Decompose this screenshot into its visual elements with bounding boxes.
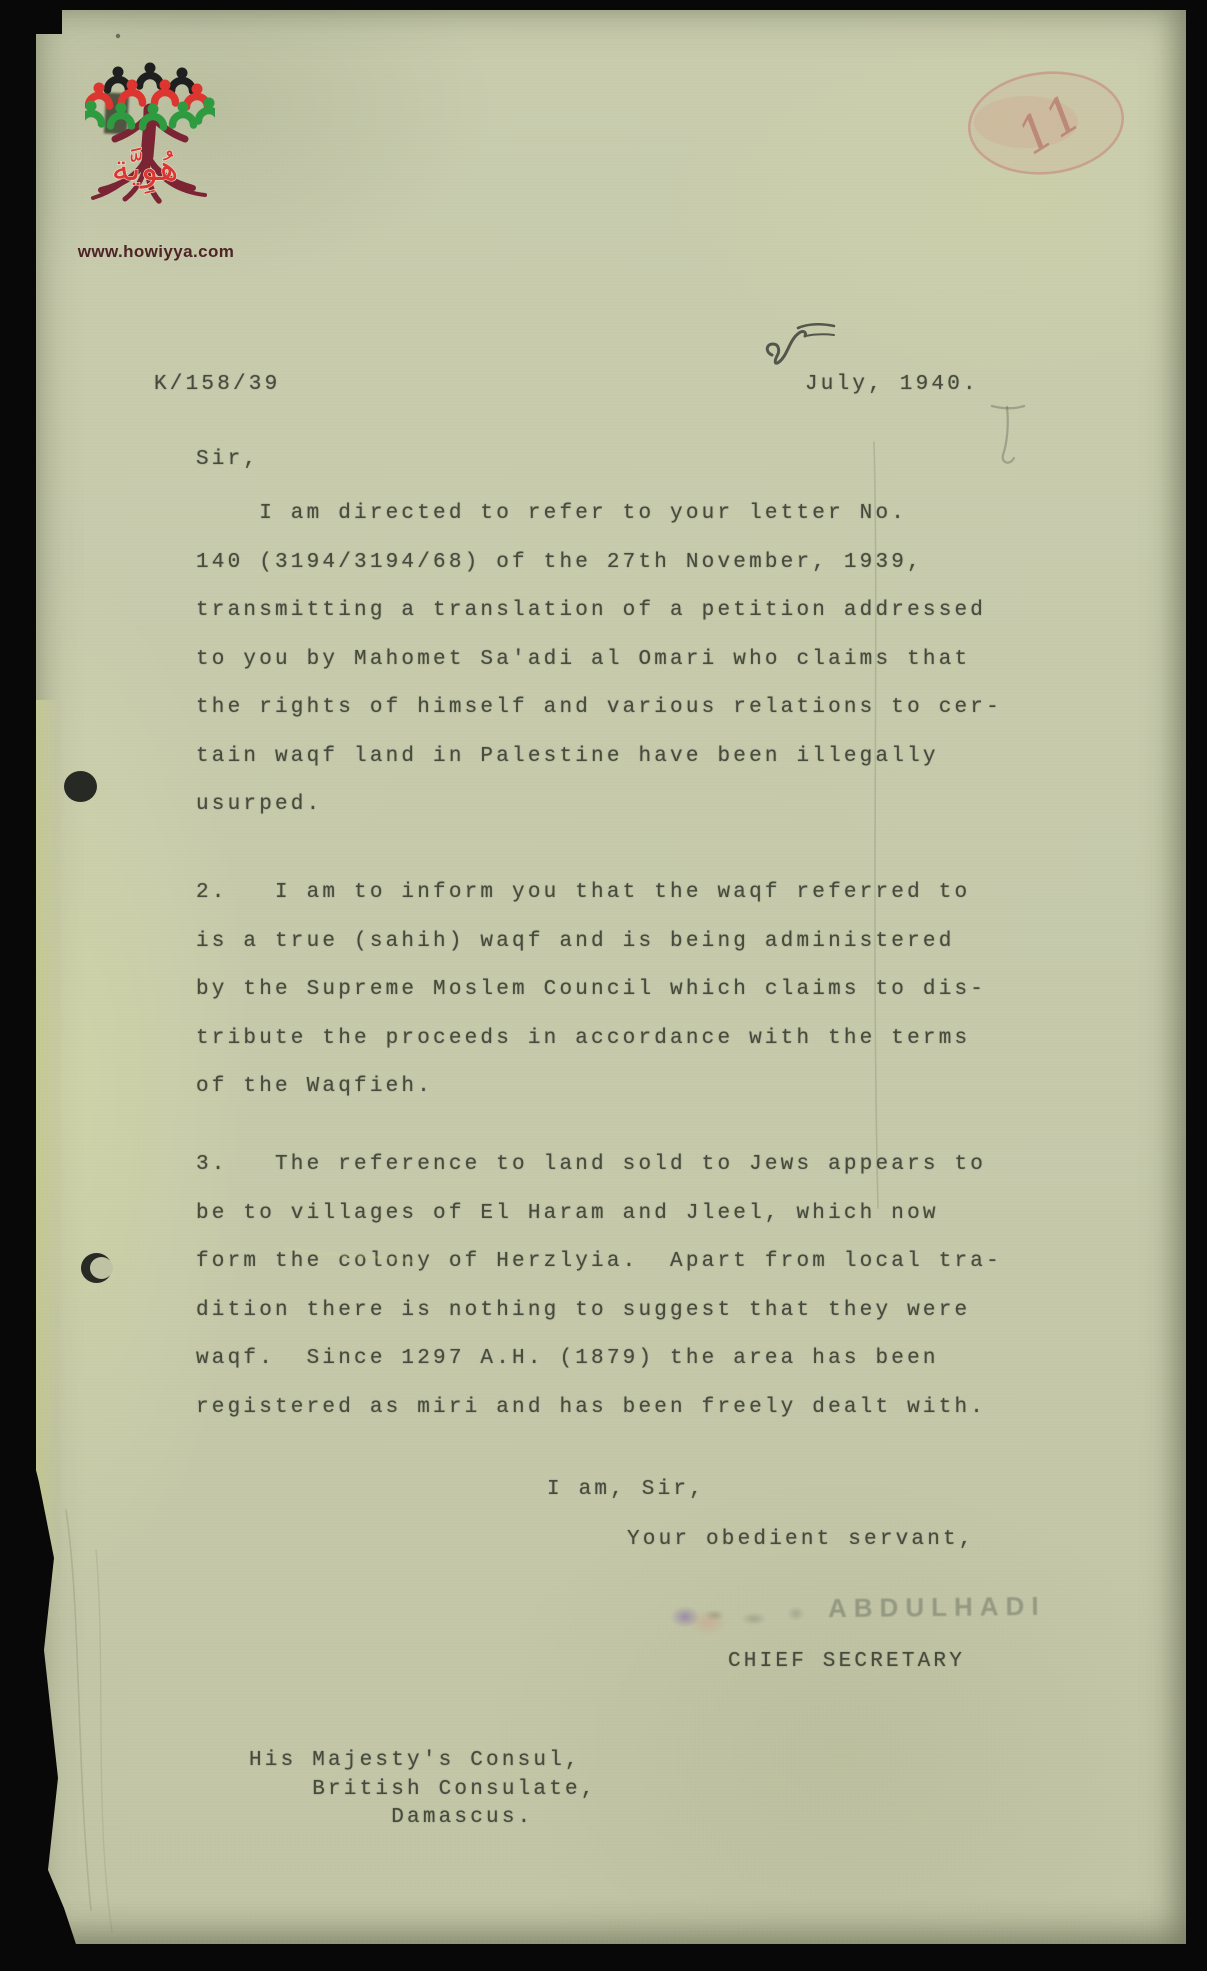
- circled-number-text: 11: [1007, 83, 1092, 166]
- signature-title: CHIEF SECRETARY: [728, 1638, 965, 1687]
- valediction-line-1: I am, Sir,: [547, 1466, 705, 1515]
- paper: هُوِيَّة www.howiyya.com K/158/39 July, …: [36, 10, 1186, 1944]
- punch-hole: [64, 771, 97, 802]
- scanned-letter-page: { "watermark": { "site": "www.howiyya.co…: [0, 0, 1207, 1971]
- paragraph-1: I am directed to refer to your letter No…: [196, 490, 1002, 830]
- reference-number: K/158/39: [154, 371, 280, 400]
- recipient-address: His Majesty's Consul, British Consulate,…: [249, 1747, 597, 1833]
- purple-ink-smudge: [664, 1598, 730, 1640]
- punch-hole: [81, 1253, 112, 1283]
- valediction-line-2: Your obedient servant,: [627, 1516, 975, 1565]
- salutation: Sir,: [196, 436, 259, 485]
- letter-date: July, 1940.: [805, 371, 979, 400]
- paragraph-3: 3. The reference to land sold to Jews ap…: [196, 1141, 1002, 1432]
- pink-blotch: [974, 96, 1078, 148]
- pencil-mark-icon: [992, 406, 1024, 463]
- scan-black-border: هُوِيَّة www.howiyya.com K/158/39 July, …: [0, 0, 1207, 1971]
- howiyya-tree-logo-icon: هُوِيَّة: [85, 58, 215, 243]
- punch-hole-center: [90, 1257, 113, 1279]
- logo-arabic-text: هُوِيَّة: [112, 147, 179, 194]
- circled-page-number: [964, 65, 1128, 181]
- signature-ghost-stamp: ABDULHADI: [828, 1591, 1046, 1624]
- handwritten-mark-icon: [767, 324, 834, 363]
- speck: [116, 34, 120, 38]
- watermark-url: www.howiyya.com: [50, 242, 262, 262]
- paper-edge-highlight: [36, 700, 58, 1580]
- paragraph-2: 2. I am to inform you that the waqf refe…: [196, 869, 986, 1112]
